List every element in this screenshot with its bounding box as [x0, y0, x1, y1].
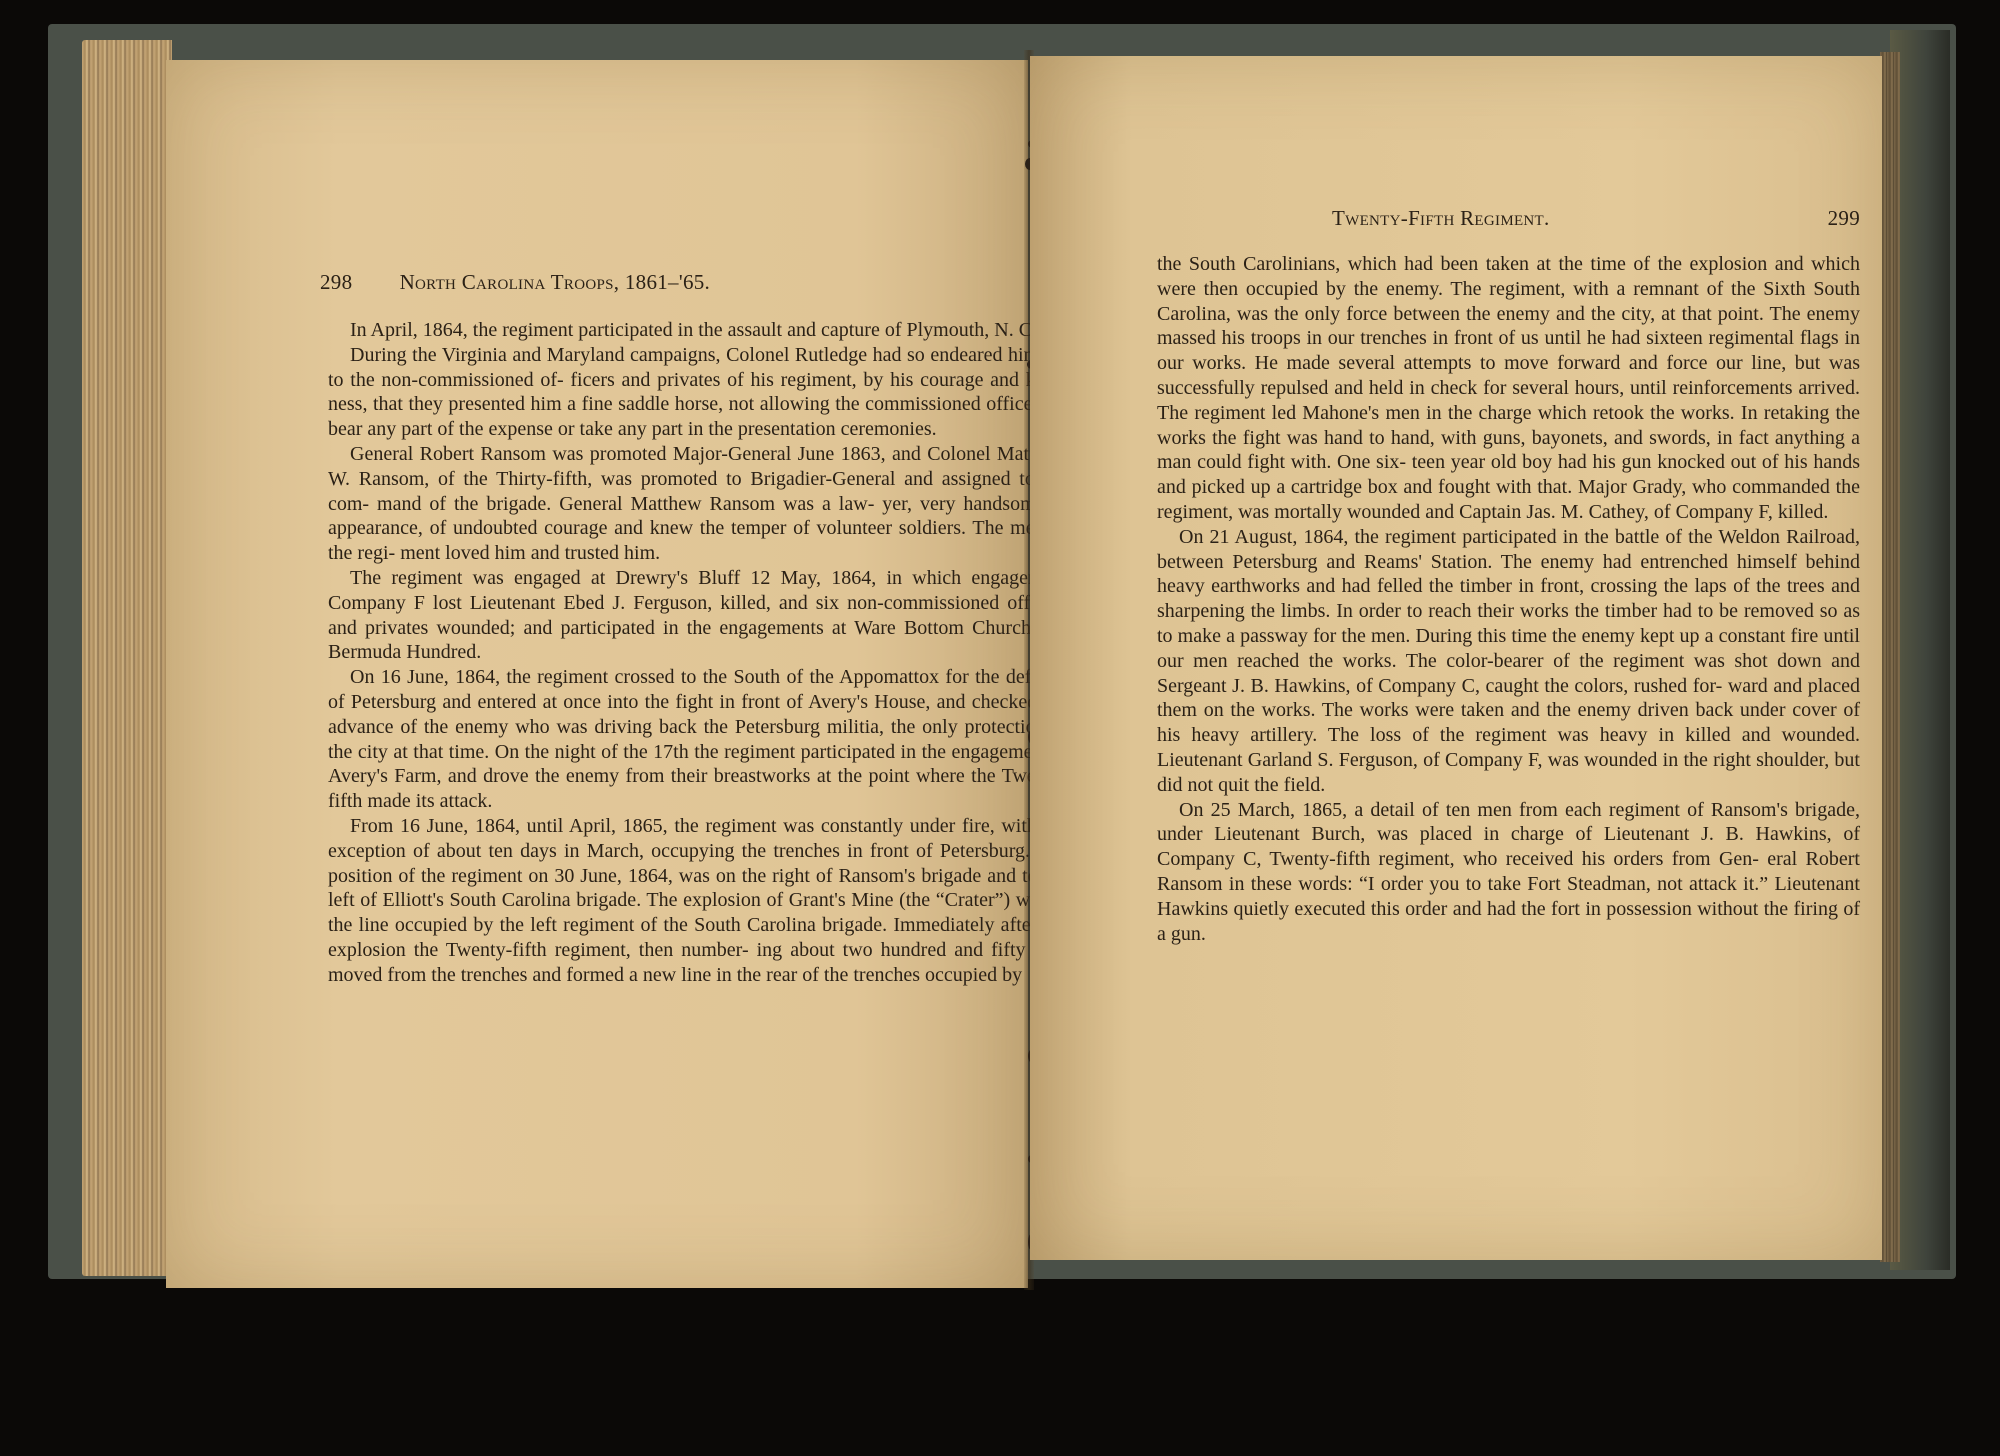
- page-stack-right: [1880, 52, 1900, 1262]
- paragraph: On 16 June, 1864, the regiment crossed t…: [328, 665, 1068, 814]
- paragraph: In April, 1864, the regiment participate…: [328, 318, 1068, 343]
- paragraph: The regiment was engaged at Drewry's Blu…: [328, 566, 1068, 665]
- right-running-head: Twenty-Fifth Regiment. 299: [1160, 206, 1860, 236]
- left-page-number: 298: [320, 270, 394, 295]
- paragraph: the South Carolinians, which had been ta…: [1157, 252, 1860, 525]
- paragraph: On 25 March, 1865, a detail of ten men f…: [1157, 798, 1860, 947]
- left-running-head: 298 North Carolina Troops, 1861–'65.: [320, 270, 980, 300]
- paragraph: General Robert Ransom was promoted Major…: [328, 442, 1068, 566]
- paragraph: During the Virginia and Maryland campaig…: [328, 343, 1068, 442]
- page-stack-left: [82, 40, 172, 1276]
- left-page: 298 North Carolina Troops, 1861–'65. In …: [166, 60, 1028, 1288]
- left-page-body: In April, 1864, the regiment participate…: [328, 318, 1068, 988]
- paragraph: From 16 June, 1864, until April, 1865, t…: [328, 814, 1068, 988]
- right-page-body: the South Carolinians, which had been ta…: [1157, 252, 1860, 946]
- left-running-title: North Carolina Troops, 1861–'65.: [400, 270, 711, 294]
- paragraph: On 21 August, 1864, the regiment partici…: [1157, 525, 1860, 798]
- right-page: Twenty-Fifth Regiment. 299 the South Car…: [1030, 56, 1882, 1260]
- right-page-number: 299: [1828, 206, 1860, 231]
- right-running-title: Twenty-Fifth Regiment.: [1332, 206, 1550, 231]
